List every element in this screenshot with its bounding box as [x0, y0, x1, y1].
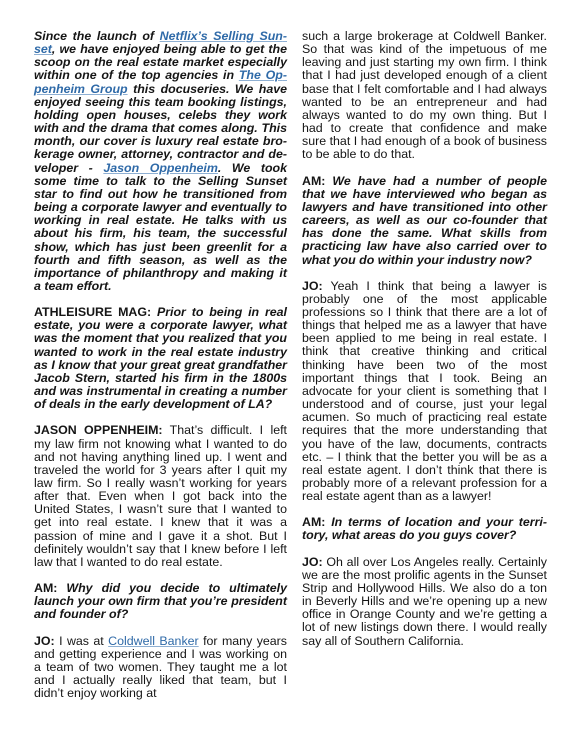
- question-text: We have had a number of people that we h…: [302, 174, 547, 267]
- interviewee-label: JASON OPPENHEIM:: [34, 423, 163, 437]
- interviewee-label: JO:: [302, 555, 323, 569]
- intro-text: . We took some time to talk to the Selli…: [34, 161, 287, 293]
- answer-text: Yeah I think that being a lawyer is prob…: [302, 279, 547, 504]
- link-jason-oppenheim[interactable]: Jason Oppenheim: [103, 161, 218, 175]
- question-text: In terms of location and your terri­tory…: [302, 515, 547, 542]
- answer-continuation: such a large brokerage at Coldwell Banke…: [302, 30, 547, 162]
- question-paragraph: AM: In terms of location and your terri­…: [302, 516, 547, 542]
- magazine-page: Since the launch of Netflix’s Selling Su…: [0, 0, 576, 746]
- answer-paragraph: JO: I was at Coldwell Banker for many ye…: [34, 635, 287, 701]
- right-column: such a large brokerage at Coldwell Banke…: [302, 30, 547, 661]
- question-paragraph: AM: We have had a number of people that …: [302, 175, 547, 267]
- interviewee-label: JO:: [34, 634, 55, 648]
- interviewer-label: AM:: [302, 174, 325, 188]
- intro-paragraph: Since the launch of Netflix’s Selling Su…: [34, 30, 287, 293]
- interviewer-label: AM:: [34, 581, 57, 595]
- question-text: Prior to being in real estate, you were …: [34, 305, 287, 411]
- interviewer-label: AM:: [302, 515, 325, 529]
- answer-paragraph: JO: Yeah I think that being a lawyer is …: [302, 280, 547, 504]
- interviewee-label: JO:: [302, 279, 323, 293]
- answer-text: I was at: [55, 634, 109, 648]
- answer-paragraph: JO: Oh all over Los Angeles really. Cer­…: [302, 556, 547, 648]
- answer-text: Oh all over Los Angeles really. Cer­tain…: [302, 555, 547, 648]
- question-text: Why did you decide to ultimately launch …: [34, 581, 287, 621]
- question-paragraph: ATHLEISURE MAG: Prior to being in real e…: [34, 306, 287, 411]
- answer-paragraph: JASON OPPENHEIM: That’s difficult. I lef…: [34, 424, 287, 569]
- intro-text: Since the launch of: [34, 29, 160, 43]
- question-paragraph: AM: Why did you decide to ultimately lau…: [34, 582, 287, 621]
- answer-text: That’s difficult. I left my law firm not…: [34, 423, 287, 569]
- left-column: Since the launch of Netflix’s Selling Su…: [34, 30, 287, 713]
- interviewer-label: ATHLEISURE MAG:: [34, 305, 151, 319]
- link-coldwell-banker[interactable]: Coldwell Banker: [108, 634, 199, 648]
- answer-text: such a large brokerage at Coldwell Banke…: [302, 29, 547, 161]
